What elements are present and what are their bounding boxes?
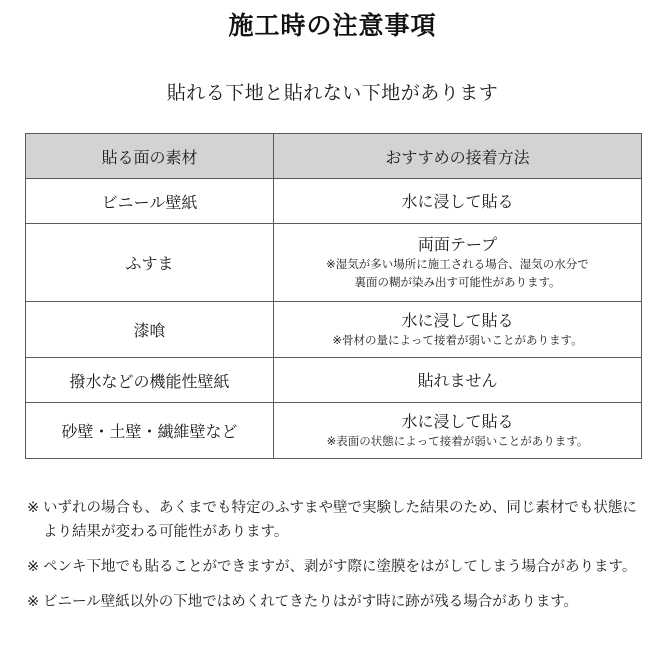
- header-method: おすすめの接着方法: [274, 134, 642, 179]
- material-cell: ビニール壁紙: [26, 179, 274, 224]
- page-title: 施工時の注意事項: [0, 6, 665, 42]
- reference-mark-icon: ※: [27, 590, 43, 614]
- method-text: 貼れません: [274, 370, 641, 391]
- method-text: 水に浸して貼る: [274, 411, 641, 432]
- method-cell: 水に浸して貼る ※骨材の量によって接着が弱いことがあります。: [274, 302, 642, 358]
- table-row: 撥水などの機能性壁紙 貼れません: [26, 358, 642, 403]
- table-header-row: 貼る面の素材 おすすめの接着方法: [26, 134, 642, 179]
- method-text: 両面テープ: [274, 234, 641, 255]
- table-row: ビニール壁紙 水に浸して貼る: [26, 179, 642, 224]
- page-subtitle: 貼れる下地と貼れない下地があります: [0, 78, 665, 105]
- footnote-text: ペンキ下地でも貼ることができますが、剥がす際に塗膜をはがしてしまう場合があります…: [43, 555, 647, 579]
- method-cell: 水に浸して貼る ※表面の状態によって接着が弱いことがあります。: [274, 403, 642, 459]
- reference-mark-icon: ※: [27, 496, 43, 544]
- method-note: 裏面の糊が染み出す可能性があります。: [274, 273, 641, 291]
- footnote-text: いずれの場合も、あくまでも特定のふすまや壁で実験した結果のため、同じ素材でも状態…: [43, 496, 647, 544]
- footnote-text: ビニール壁紙以外の下地ではめくれてきたりはがす時に跡が残る場合があります。: [43, 590, 647, 614]
- header-material: 貼る面の素材: [26, 134, 274, 179]
- method-text: 水に浸して貼る: [274, 191, 641, 212]
- adhesion-guide-table: 貼る面の素材 おすすめの接着方法 ビニール壁紙 水に浸して貼る ふすま 両面テー…: [25, 133, 642, 459]
- reference-mark-icon: ※: [27, 555, 43, 579]
- material-cell: 撥水などの機能性壁紙: [26, 358, 274, 403]
- method-cell: 水に浸して貼る: [274, 179, 642, 224]
- method-cell: 両面テープ ※湿気が多い場所に施工される場合、湿気の水分で 裏面の糊が染み出す可…: [274, 224, 642, 302]
- method-cell: 貼れません: [274, 358, 642, 403]
- table-row: 砂壁・土壁・繊維壁など 水に浸して貼る ※表面の状態によって接着が弱いことがあり…: [26, 403, 642, 459]
- footnote-item: ※ ビニール壁紙以外の下地ではめくれてきたりはがす時に跡が残る場合があります。: [27, 590, 647, 614]
- footnotes: ※ いずれの場合も、あくまでも特定のふすまや壁で実験した結果のため、同じ素材でも…: [27, 496, 647, 625]
- method-note: ※骨材の量によって接着が弱いことがあります。: [274, 331, 641, 349]
- material-cell: 漆喰: [26, 302, 274, 358]
- material-cell: 砂壁・土壁・繊維壁など: [26, 403, 274, 459]
- table-row: 漆喰 水に浸して貼る ※骨材の量によって接着が弱いことがあります。: [26, 302, 642, 358]
- method-note: ※湿気が多い場所に施工される場合、湿気の水分で: [274, 255, 641, 273]
- footnote-item: ※ いずれの場合も、あくまでも特定のふすまや壁で実験した結果のため、同じ素材でも…: [27, 496, 647, 544]
- method-text: 水に浸して貼る: [274, 310, 641, 331]
- footnote-item: ※ ペンキ下地でも貼ることができますが、剥がす際に塗膜をはがしてしまう場合があり…: [27, 555, 647, 579]
- material-cell: ふすま: [26, 224, 274, 302]
- table-row: ふすま 両面テープ ※湿気が多い場所に施工される場合、湿気の水分で 裏面の糊が染…: [26, 224, 642, 302]
- method-note: ※表面の状態によって接着が弱いことがあります。: [274, 432, 641, 450]
